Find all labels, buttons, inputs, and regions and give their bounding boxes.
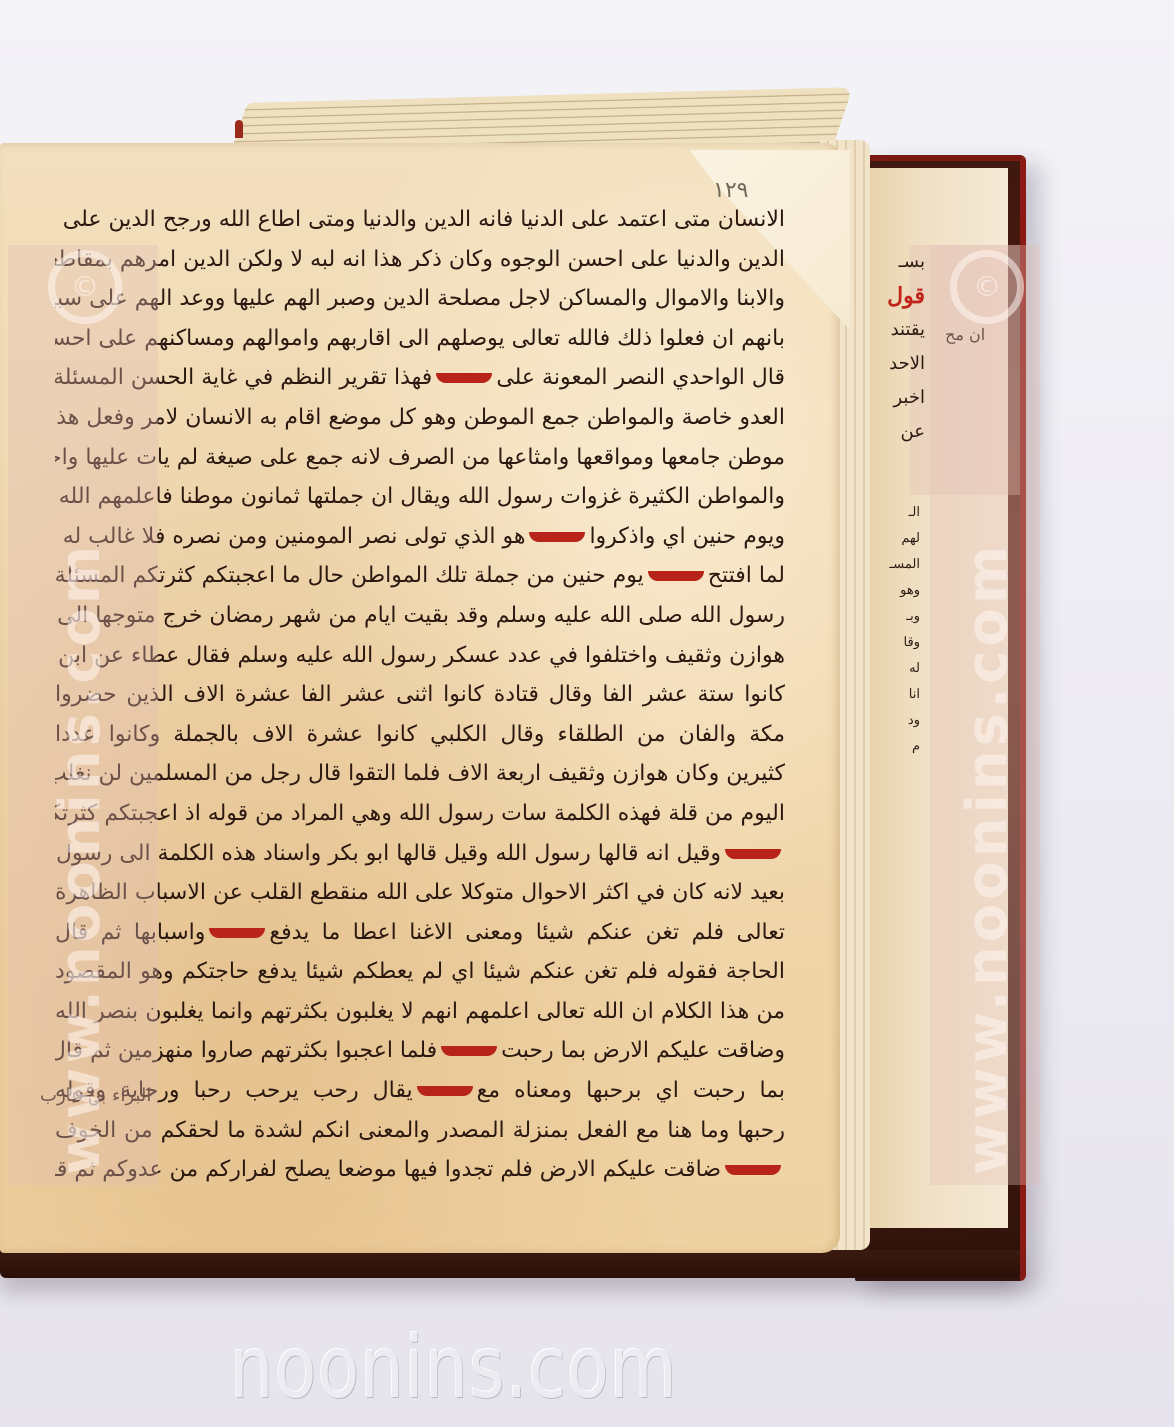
fragment: الـ: [880, 500, 920, 526]
watermark-right: © www.noonins.com: [930, 245, 1040, 1185]
fragment: المسـ: [880, 552, 920, 578]
text-line: بانهم ان فعلوا ذلك فالله تعالى يوصلهم ال…: [55, 319, 785, 359]
text-line: لما افتتحيوم حنين من جملة تلك المواطن حا…: [55, 556, 785, 596]
text-line: ويوم حنين اي واذكرواهو الذي تولى نصر الم…: [55, 517, 785, 557]
fragment: وقا: [880, 630, 920, 656]
watermark-bottom: noonins.com: [230, 1318, 678, 1418]
text-line: الانسان متى اعتمد على الدنيا فانه الدين …: [55, 200, 785, 240]
text-line: كانوا ستة عشر الفا وقال قتادة كانوا اثنى…: [55, 675, 785, 715]
text-line: تعالى فلم تغن عنكم شيئا ومعنى الاغنا اعط…: [55, 913, 785, 953]
text-line: من هذا الكلام ان الله تعالى اعلمهم انهم …: [55, 992, 785, 1032]
fragment: انا: [880, 682, 920, 708]
text-line: رحبها وما هنا مع الفعل بمنزلة المصدر وال…: [55, 1111, 785, 1151]
text-line: ضاقت عليكم الارض فلم تجدوا فيها موضعا يص…: [55, 1150, 785, 1190]
book-cover-bottom-edge: [0, 1250, 1020, 1278]
rubric-mark: [529, 532, 585, 542]
rubric-mark: [441, 1046, 497, 1056]
fragment: وبـ: [880, 604, 920, 630]
watermark-vertical-text: www.noonins.com: [48, 542, 113, 1175]
rubric-mark: [209, 928, 265, 938]
adjacent-leaf-lower-text: الـ لهم المسـ وهو وبـ وقا له انا ود م: [880, 500, 920, 760]
text-line: كثيرين وكان هوازن وثقيف اربعة الاف فلما …: [55, 754, 785, 794]
text-line: وقيل انه قالها رسول الله وقيل قالها ابو …: [55, 834, 785, 874]
text-line: والمواطن الكثيرة غزوات رسول الله ويقال ا…: [55, 477, 785, 517]
text-line: بما رحبت اي برحبها ومعناه معيقال رحب يرح…: [55, 1071, 785, 1111]
text-line: رسول الله صلى الله عليه وسلم وقد بقيت اي…: [55, 596, 785, 636]
fragment: اخبر: [880, 381, 925, 415]
adjacent-leaf-text: بسـ قول يقتند الاحد اخبر عن: [880, 245, 925, 449]
manuscript-text-block: الانسان متى اعتمد على الدنيا فانه الدين …: [55, 200, 785, 1190]
rubric-mark: [436, 373, 492, 383]
text-line: الحاجة فقوله فلم تغن عنكم شيئا اي لم يعط…: [55, 952, 785, 992]
watermark-vertical-text: www.noonins.com: [955, 542, 1020, 1175]
text-line: وضاقت عليكم الارض بما رحبتفلما اعجبوا بك…: [55, 1031, 785, 1071]
fragment: الاحد: [880, 347, 925, 381]
red-fragment: قول: [880, 279, 925, 313]
fragment: م: [880, 734, 920, 760]
fragment: وهو: [880, 578, 920, 604]
text-line: هوازن وثقيف واختلفوا في عدد عسكر رسول ال…: [55, 636, 785, 676]
watermark-left: © www.noonins.com: [8, 245, 158, 1185]
rubric-mark: [648, 571, 704, 581]
fragment: له: [880, 656, 920, 682]
fragment: لهم: [880, 526, 920, 552]
text-line: مكة والفان من الطلقاء وقال الكلبي كانوا …: [55, 715, 785, 755]
bookmark-thread: [235, 120, 243, 138]
copyright-icon: ©: [48, 250, 122, 324]
rubric-mark: [725, 1165, 781, 1175]
text-line: موطن جامعها ومواقعها وامثاعها من الصرف ل…: [55, 438, 785, 478]
rubric-mark: [725, 849, 781, 859]
text-line: بعيد لانه كان في اكثر الاحوال متوكلا على…: [55, 873, 785, 913]
text-line: قال الواحدي النصر المعونة علىفهذا تقرير …: [55, 358, 785, 398]
fragment: يقتند: [880, 313, 925, 347]
rubric-mark: [417, 1086, 473, 1096]
copyright-icon: ©: [950, 250, 1024, 324]
fragment: عن: [880, 415, 925, 449]
fragment: ود: [880, 708, 920, 734]
fragment: بسـ: [880, 245, 925, 279]
text-line: العدو خاصة والمواطن جمع الموطن وهو كل مو…: [55, 398, 785, 438]
text-line: اليوم من قلة فهذه الكلمة سات رسول الله و…: [55, 794, 785, 834]
text-line: الدين والدنيا على احسن الوجوه وكان ذكر ه…: [55, 240, 785, 280]
text-line: والابنا والاموال والمساكن لاجل مصلحة الد…: [55, 279, 785, 319]
